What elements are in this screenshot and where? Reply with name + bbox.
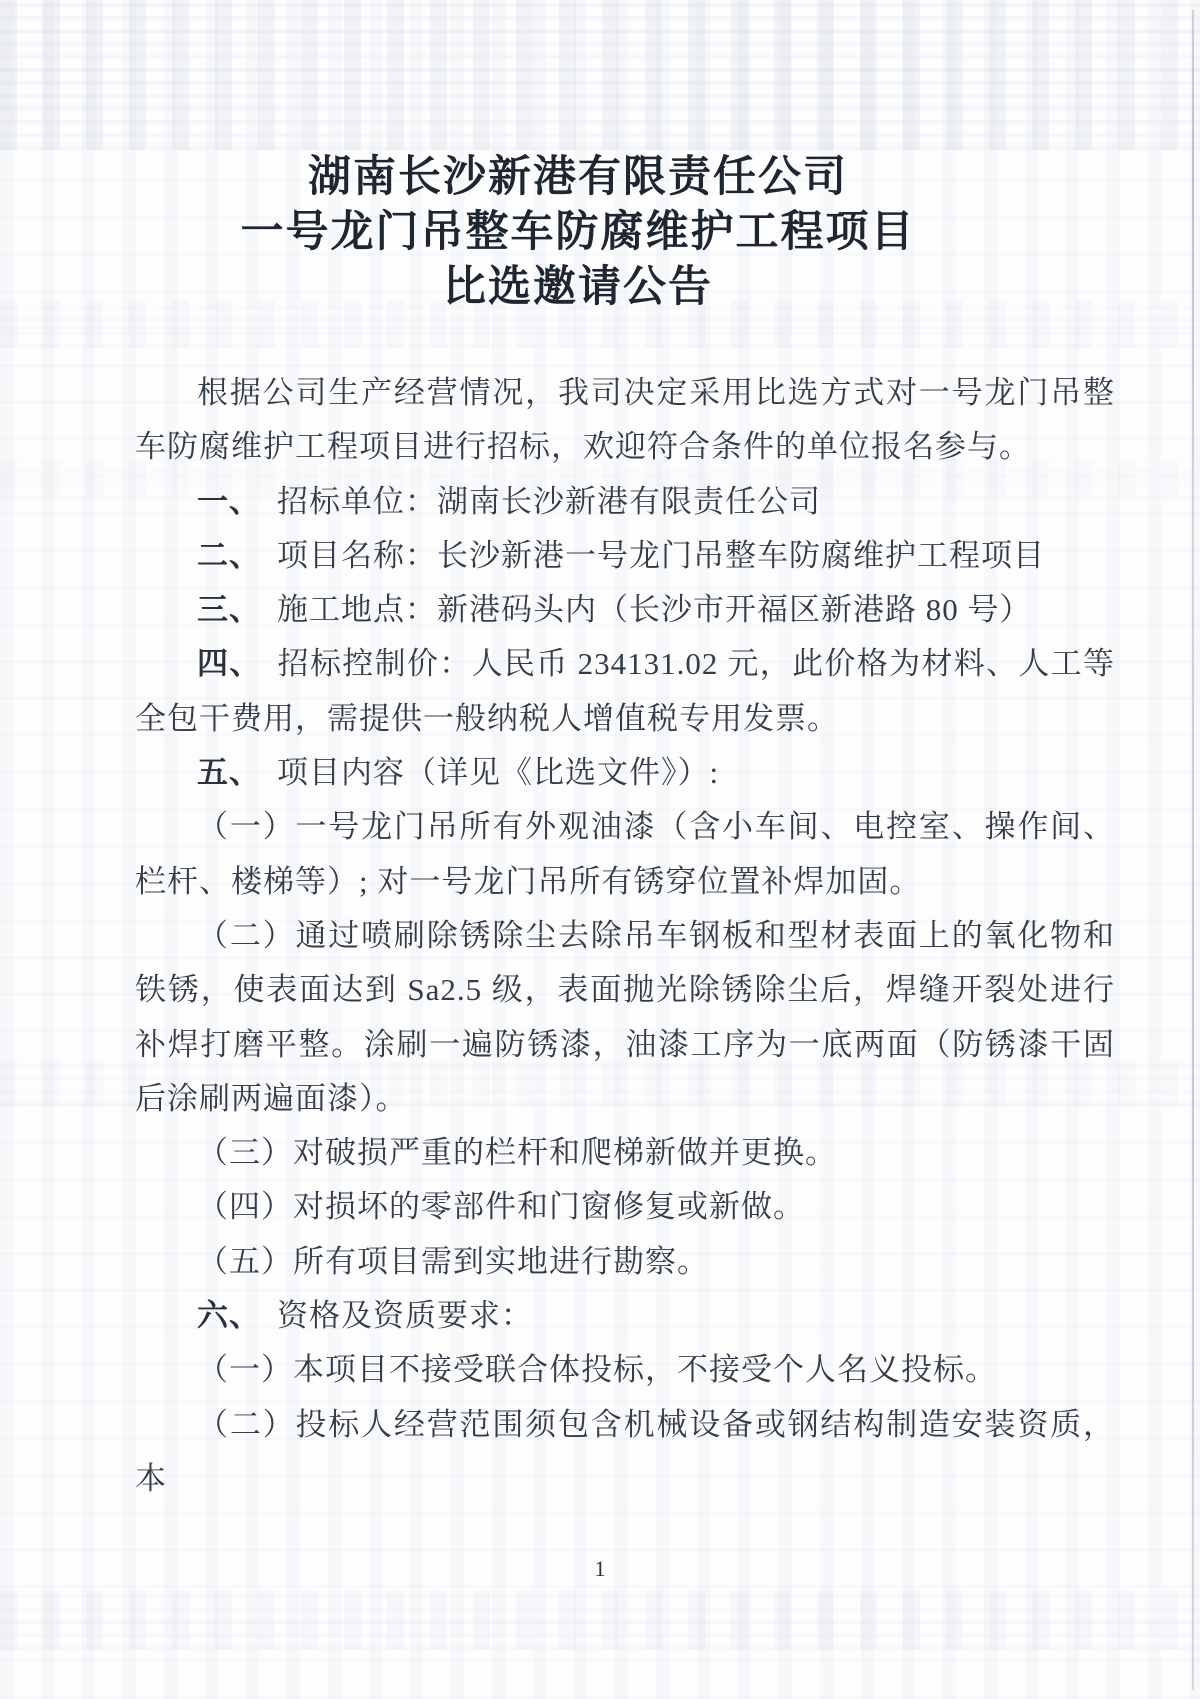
scan-noise-band <box>0 1590 1200 1650</box>
paragraph-text: （四）对损坏的零部件和门窗修复或新做。 <box>197 1189 805 1224</box>
paragraph-text: 根据公司生产经营情况，我司决定采用比选方式对一号龙门吊整车防腐维护工程项目进行招… <box>135 375 1115 464</box>
paragraph-text: （一）本项目不接受联合体投标，不接受个人名义投标。 <box>197 1352 997 1387</box>
paragraph-text: （二）投标人经营范围须包含机械设备或钢结构制造安装资质，本 <box>135 1407 1115 1496</box>
paragraph-marker: 一、 <box>197 484 277 519</box>
subitem-5-1-paint-scope: （一）一号龙门吊所有外观油漆（含小车间、电控室、操作间、栏杆、楼梯等）; 对一号… <box>135 800 1115 909</box>
document-body: 根据公司生产经营情况，我司决定采用比选方式对一号龙门吊整车防腐维护工程项目进行招… <box>135 366 1115 1506</box>
document-title: 湖南长沙新港有限责任公司 一号龙门吊整车防腐维护工程项目 比选邀请公告 <box>88 150 1068 315</box>
subitem-5-4-parts-windows: （四）对损坏的零部件和门窗修复或新做。 <box>135 1180 1115 1234</box>
paragraph-text: （五）所有项目需到实地进行勘察。 <box>197 1244 709 1279</box>
paragraph-text: 招标控制价：人民币 234131.02 元，此价格为材料、人工等全包干费用，需提… <box>135 646 1115 735</box>
paragraph-text: 项目名称：长沙新港一号龙门吊整车防腐维护工程项目 <box>277 538 1045 573</box>
paragraph-marker: 五、 <box>197 755 277 790</box>
title-line-company: 湖南长沙新港有限责任公司 <box>88 150 1068 205</box>
item-2-project-name: 二、项目名称：长沙新港一号龙门吊整车防腐维护工程项目 <box>135 529 1115 583</box>
scan-edge-line <box>1192 10 1194 1690</box>
subitem-5-5-site-survey: （五）所有项目需到实地进行勘察。 <box>135 1235 1115 1289</box>
page-footer: 1 <box>0 1556 1200 1582</box>
item-6-qualification-requirements: 六、资格及资质要求： <box>135 1289 1115 1343</box>
item-5-project-content: 五、项目内容（详见《比选文件》）: <box>135 746 1115 800</box>
item-3-construction-site: 三、施工地点：新港码头内（长沙市开福区新港路 80 号） <box>135 583 1115 637</box>
paragraph-text: （三）对破损严重的栏杆和爬梯新做并更换。 <box>197 1135 837 1170</box>
paragraph-text: （二）通过喷刷除锈除尘去除吊车钢板和型材表面上的氧化物和铁锈，使表面达到 Sa2… <box>135 918 1115 1116</box>
scan-noise-band <box>0 0 1200 150</box>
item-1-bid-unit: 一、招标单位：湖南长沙新港有限责任公司 <box>135 475 1115 529</box>
scanned-document-page: 湖南长沙新港有限责任公司 一号龙门吊整车防腐维护工程项目 比选邀请公告 根据公司… <box>0 0 1200 1699</box>
paragraph-marker: 四、 <box>197 646 278 681</box>
intro-paragraph: 根据公司生产经营情况，我司决定采用比选方式对一号龙门吊整车防腐维护工程项目进行招… <box>135 366 1115 475</box>
title-line-project: 一号龙门吊整车防腐维护工程项目 <box>88 205 1068 260</box>
subitem-6-2-business-scope: （二）投标人经营范围须包含机械设备或钢结构制造安装资质，本 <box>135 1398 1115 1507</box>
item-4-control-price: 四、招标控制价：人民币 234131.02 元，此价格为材料、人工等全包干费用，… <box>135 637 1115 746</box>
subitem-5-2-rust-removal: （二）通过喷刷除锈除尘去除吊车钢板和型材表面上的氧化物和铁锈，使表面达到 Sa2… <box>135 909 1115 1126</box>
title-line-announcement-type: 比选邀请公告 <box>88 260 1068 315</box>
paragraph-marker: 三、 <box>197 592 277 627</box>
paragraph-text: 资格及资质要求： <box>277 1298 533 1333</box>
paragraph-text: （一）一号龙门吊所有外观油漆（含小车间、电控室、操作间、栏杆、楼梯等）; 对一号… <box>135 809 1115 898</box>
paragraph-text: 施工地点：新港码头内（长沙市开福区新港路 80 号） <box>277 592 1032 627</box>
paragraph-marker: 六、 <box>197 1298 277 1333</box>
paragraph-text: 招标单位：湖南长沙新港有限责任公司 <box>277 484 821 519</box>
page-number: 1 <box>595 1556 606 1581</box>
subitem-5-3-railings-ladders: （三）对破损严重的栏杆和爬梯新做并更换。 <box>135 1126 1115 1180</box>
subitem-6-1-no-consortium: （一）本项目不接受联合体投标，不接受个人名义投标。 <box>135 1343 1115 1397</box>
paragraph-text: 项目内容（详见《比选文件》）: <box>277 755 719 790</box>
paragraph-marker: 二、 <box>197 538 277 573</box>
